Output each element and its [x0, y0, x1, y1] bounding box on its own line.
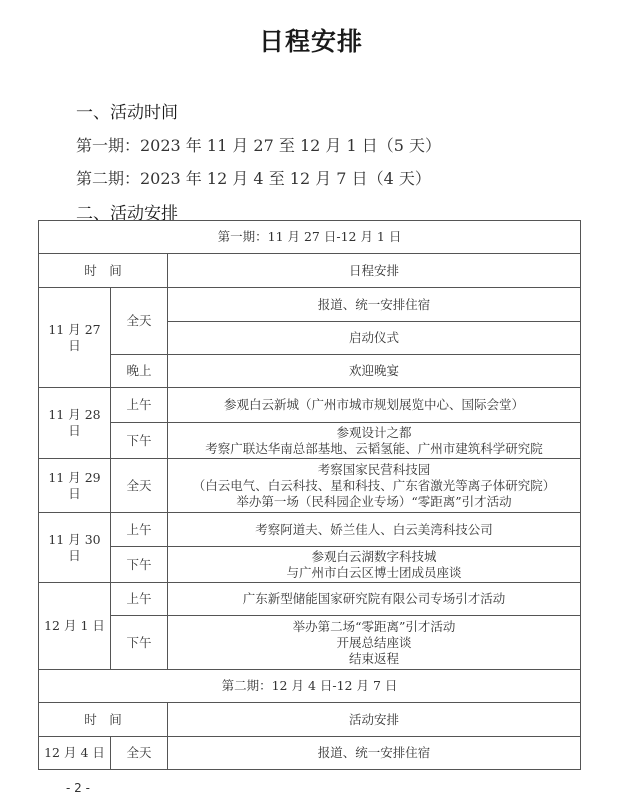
activity-line: 参观设计之都: [172, 425, 576, 441]
activity-cell: 参观设计之都考察广联达华南总部基地、云韬氢能、广州市建筑科学研究院: [168, 423, 581, 459]
col-time-header: 时 间: [39, 703, 168, 737]
period-cell: 下午: [111, 423, 168, 459]
period-cell: 全天: [111, 459, 168, 513]
phase2-dates: 第二期：2023 年 12 月 4 至 12 月 7 日（4 天）: [76, 166, 431, 189]
section-heading-time: 一、活动时间: [76, 98, 178, 123]
date-cell: 12 月 4 日: [39, 737, 111, 770]
col-schedule-header: 日程安排: [168, 254, 581, 288]
activity-line: 与广州市白云区博士团成员座谈: [172, 565, 576, 581]
period-cell: 全天: [111, 737, 168, 770]
date-cell: 11 月 29 日: [39, 459, 111, 513]
date-cell: 11 月 28 日: [39, 388, 111, 459]
activity-line: 考察广联达华南总部基地、云韬氢能、广州市建筑科学研究院: [172, 441, 576, 457]
activity-line: （白云电气、白云科技、星和科技、广东省激光等离子体研究院）: [172, 478, 576, 494]
activity-line: 参观白云湖数字科技城: [172, 549, 576, 565]
date-cell: 11 月 30 日: [39, 513, 111, 583]
period-cell: 上午: [111, 583, 168, 616]
col-time-header: 时 间: [39, 254, 168, 288]
activity-cell: 启动仪式: [168, 322, 581, 355]
date-cell: 12 月 1 日: [39, 583, 111, 670]
phase2-header: 第二期：12 月 4 日-12 月 7 日: [39, 670, 581, 703]
schedule-table: 第一期：11 月 27 日-12 月 1 日 时 间 日程安排 11 月 27 …: [38, 220, 581, 770]
page-title: 日程安排: [0, 22, 622, 58]
activity-line: 结束返程: [172, 651, 576, 667]
page-number: - 2 -: [66, 781, 90, 795]
activity-cell: 欢迎晚宴: [168, 355, 581, 388]
period-cell: 晚上: [111, 355, 168, 388]
col-schedule-header: 活动安排: [168, 703, 581, 737]
activity-cell: 报道、统一安排住宿: [168, 288, 581, 322]
date-cell: 11 月 27 日: [39, 288, 111, 388]
period-cell: 下午: [111, 547, 168, 583]
activity-cell: 参观白云新城（广州市城市规划展览中心、国际会堂）: [168, 388, 581, 423]
activity-cell: 参观白云湖数字科技城与广州市白云区博士团成员座谈: [168, 547, 581, 583]
activity-cell: 考察阿道夫、娇兰佳人、白云美湾科技公司: [168, 513, 581, 547]
phase1-header: 第一期：11 月 27 日-12 月 1 日: [39, 221, 581, 254]
activity-cell: 举办第二场“零距离”引才活动开展总结座谈结束返程: [168, 616, 581, 670]
phase1-dates: 第一期：2023 年 11 月 27 至 12 月 1 日（5 天）: [76, 133, 441, 156]
activity-cell: 报道、统一安排住宿: [168, 737, 581, 770]
period-cell: 下午: [111, 616, 168, 670]
period-cell: 上午: [111, 513, 168, 547]
activity-cell: 考察国家民营科技园（白云电气、白云科技、星和科技、广东省激光等离子体研究院）举办…: [168, 459, 581, 513]
period-cell: 全天: [111, 288, 168, 355]
period-cell: 上午: [111, 388, 168, 423]
activity-line: 考察国家民营科技园: [172, 462, 576, 478]
activity-line: 举办第二场“零距离”引才活动: [172, 619, 576, 635]
activity-line: 举办第一场（民科园企业专场）“零距离”引才活动: [172, 494, 576, 510]
activity-line: 开展总结座谈: [172, 635, 576, 651]
activity-cell: 广东新型储能国家研究院有限公司专场引才活动: [168, 583, 581, 616]
